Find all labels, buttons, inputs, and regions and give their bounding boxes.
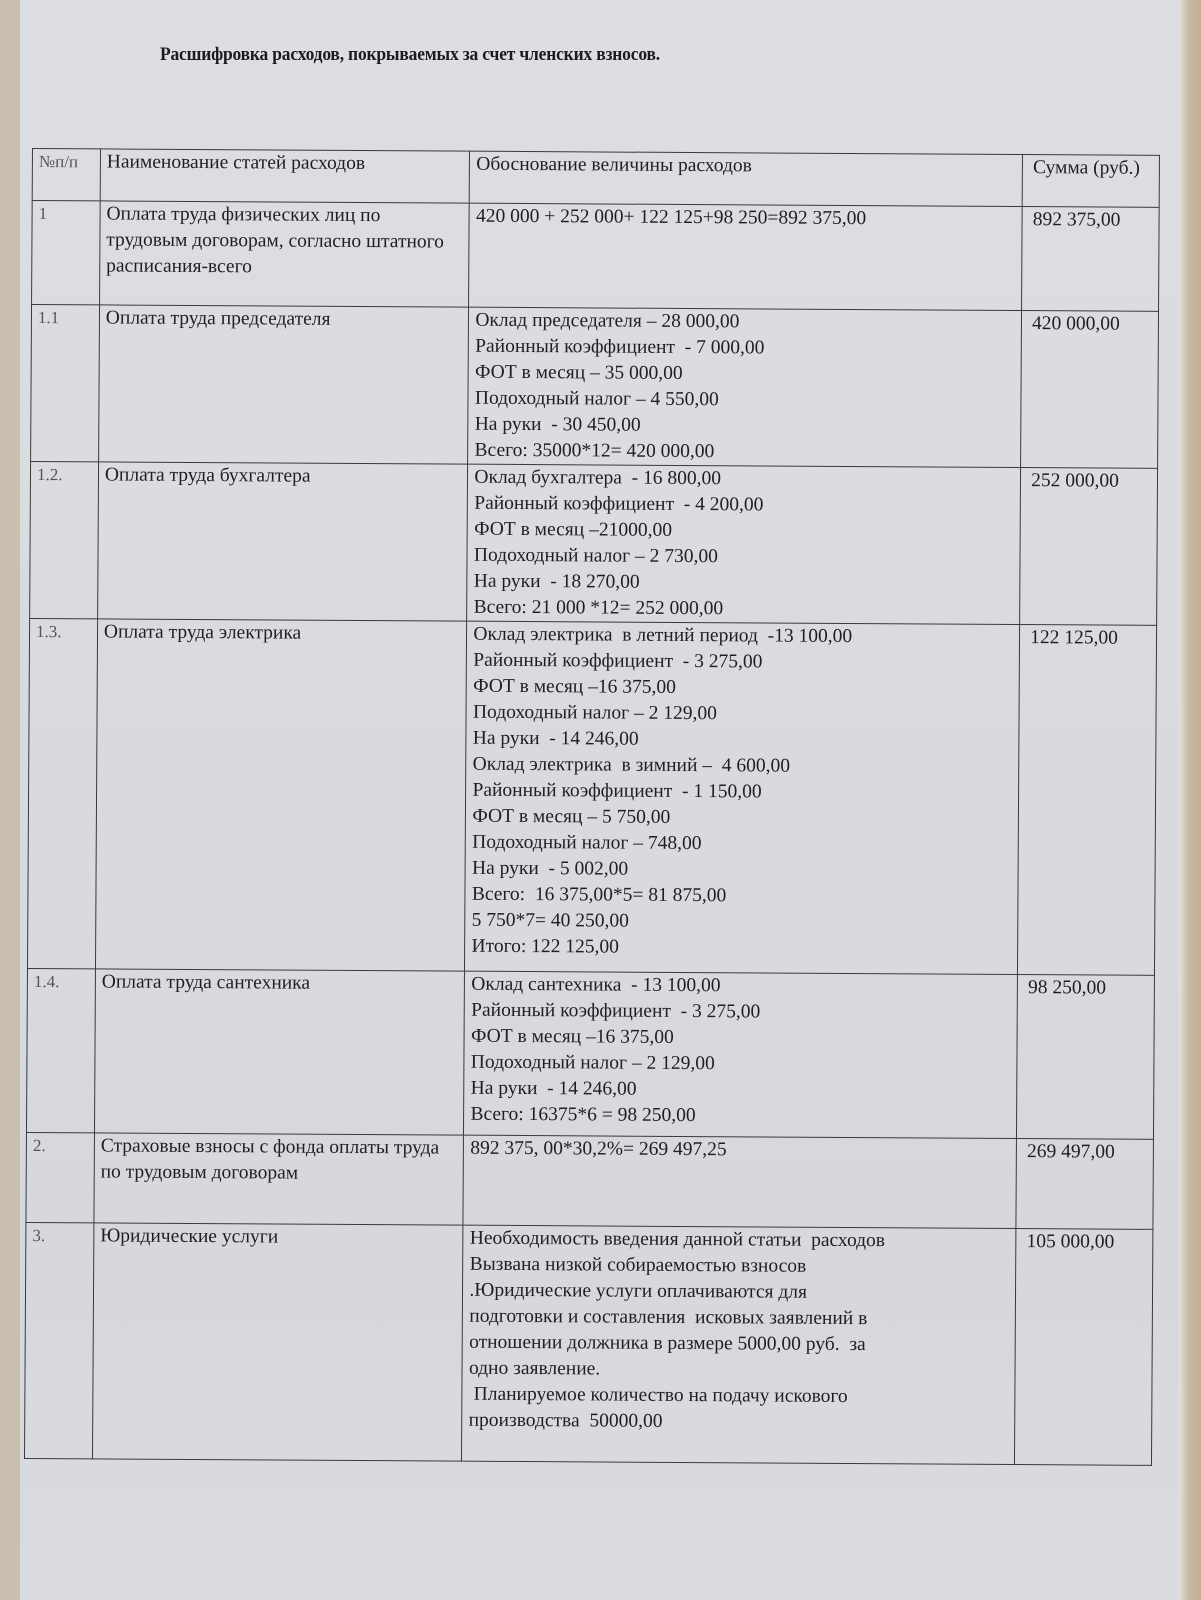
justification-line: На руки - 14 246,00: [473, 726, 1013, 755]
justification-line: Всего: 16 375,00*5= 81 875,00: [472, 882, 1012, 911]
expense-amount: 252 000,00: [1020, 468, 1158, 626]
table-surface: [1179, 0, 1201, 1600]
expense-justification: 892 375, 00*30,2%= 269 497,25: [463, 1135, 1016, 1228]
expense-justification: Оклад бухгалтера - 16 800,00Районный коэ…: [467, 464, 1021, 624]
justification-line: На руки - 30 450,00: [475, 412, 1015, 441]
expenses-table: №п/п Наименование статей расходов Обосно…: [24, 148, 1160, 1466]
justification-line: Всего: 21 000 *12= 252 000,00: [474, 595, 1014, 624]
justification-line: Оклад электрика в летний период -13 100,…: [473, 622, 1013, 651]
justification-line: 420 000 + 252 000+ 122 125+98 250=892 37…: [476, 204, 1016, 233]
justification-line: Необходимость введения данной статьи рас…: [470, 1226, 1010, 1255]
justification-line: отношении должника в размере 5000,00 руб…: [469, 1330, 1009, 1359]
justification-line: Подоходный налог – 2 129,00: [473, 700, 1013, 729]
expense-amount: 98 250,00: [1017, 975, 1155, 1140]
expense-item-name: Оплата труда электрика: [95, 619, 467, 971]
justification-line: .Юридические услуги оплачиваются для: [469, 1278, 1009, 1307]
justification-line: подготовки и составления исковых заявлен…: [469, 1304, 1009, 1333]
table-row: 2.Страховые взносы с фонда оплаты труда …: [26, 1132, 1154, 1229]
expense-amount: 105 000,00: [1015, 1229, 1153, 1466]
expense-amount: 892 375,00: [1022, 207, 1159, 312]
table-header-row: №п/п Наименование статей расходов Обосно…: [32, 149, 1159, 208]
justification-line: Всего: 35000*12= 420 000,00: [475, 438, 1015, 467]
expense-amount: 122 125,00: [1018, 625, 1157, 976]
justification-line: Подоходный налог – 4 550,00: [475, 386, 1015, 415]
justification-line: Оклад бухгалтера - 16 800,00: [474, 465, 1014, 494]
header-number: №п/п: [32, 149, 100, 201]
justification-line: Всего: 16375*6 = 98 250,00: [470, 1102, 1010, 1131]
justification-line: Районный коэффициент - 3 275,00: [471, 998, 1011, 1027]
row-number: 1.4.: [26, 968, 95, 1132]
justification-line: ФОТ в месяц –16 375,00: [473, 674, 1013, 703]
row-number: 1.3.: [27, 618, 97, 968]
justification-line: На руки - 18 270,00: [474, 569, 1014, 598]
justification-line: 892 375, 00*30,2%= 269 497,25: [470, 1136, 1010, 1165]
justification-line: ФОТ в месяц – 35 000,00: [475, 360, 1015, 389]
justification-line: Итого: 122 125,00: [471, 934, 1011, 963]
expense-item-name: Юридические услуги: [92, 1223, 463, 1461]
document-title: Расшифровка расходов, покрываемых за сче…: [160, 44, 660, 66]
justification-line: ФОТ в месяц –16 375,00: [471, 1024, 1011, 1053]
expense-justification: Оклад электрика в летний период -13 100,…: [465, 621, 1020, 974]
justification-line: Районный коэффициент - 7 000,00: [475, 334, 1015, 363]
justification-line: Районный коэффициент - 3 275,00: [473, 648, 1013, 677]
justification-line: Подоходный налог – 2 730,00: [474, 543, 1014, 572]
row-number: 3.: [24, 1222, 93, 1458]
justification-line: Вызвана низкой собираемостью взносов: [470, 1252, 1010, 1281]
expense-item-name: Оплата труда бухгалтера: [97, 462, 467, 621]
row-number: 1.1: [31, 305, 100, 462]
justification-line: Подоходный налог – 748,00: [472, 830, 1012, 859]
justification-line: 5 750*7= 40 250,00: [472, 908, 1012, 937]
justification-line: Подоходный налог – 2 129,00: [471, 1050, 1011, 1079]
expense-item-name: Страховые взносы с фонда оплаты труда по…: [94, 1133, 464, 1225]
row-number: 1: [32, 201, 101, 305]
justification-line: На руки - 14 246,00: [471, 1076, 1011, 1105]
expense-justification: Оклад председателя – 28 000,00Районный к…: [468, 307, 1022, 467]
justification-line: Районный коэффициент - 4 200,00: [474, 491, 1014, 520]
header-amount: Сумма (руб.): [1022, 155, 1159, 208]
expense-item-name: Оплата труда сантехника: [94, 969, 465, 1135]
table-row: 1.4.Оплата труда сантехникаОклад сантехн…: [26, 968, 1154, 1139]
justification-line: ФОТ в месяц –21000,00: [474, 517, 1014, 546]
justification-line: Районный коэффициент - 1 150,00: [472, 778, 1012, 807]
header-item-name: Наименование статей расходов: [100, 149, 470, 203]
row-number: 1.2.: [30, 461, 99, 618]
header-justification: Обоснование величины расходов: [470, 151, 1023, 206]
expense-justification: Оклад сантехника - 13 100,00Районный коэ…: [464, 971, 1018, 1138]
justification-line: Планируемое количество на подачу исковог…: [469, 1382, 1009, 1411]
row-number: 2.: [26, 1132, 94, 1222]
table-row: 3.Юридические услугиНеобходимость введен…: [24, 1222, 1152, 1465]
justification-line: производства 50000,00: [469, 1408, 1009, 1437]
expense-item-name: Оплата труда председателя: [98, 305, 468, 464]
justification-line: На руки - 5 002,00: [472, 856, 1012, 885]
justification-line: одно заявление.: [469, 1356, 1009, 1385]
expense-amount: 269 497,00: [1016, 1139, 1153, 1230]
justification-line: Оклад электрика в зимний – 4 600,00: [473, 752, 1013, 781]
justification-line: ФОТ в месяц – 5 750,00: [472, 804, 1012, 833]
table-row: 1.3.Оплата труда электрикаОклад электрик…: [27, 618, 1156, 975]
table-row: 1Оплата труда физических лиц по трудовым…: [32, 201, 1160, 312]
table-row: 1.2.Оплата труда бухгалтераОклад бухгалт…: [30, 461, 1158, 625]
justification-line: Оклад сантехника - 13 100,00: [471, 972, 1011, 1001]
table-row: 1.1Оплата труда председателяОклад предсе…: [31, 305, 1159, 469]
expense-justification: 420 000 + 252 000+ 122 125+98 250=892 37…: [469, 203, 1022, 310]
expense-item-name: Оплата труда физических лиц по трудовым …: [99, 201, 469, 307]
justification-line: Оклад председателя – 28 000,00: [475, 308, 1015, 337]
expense-amount: 420 000,00: [1021, 311, 1159, 469]
expense-justification: Необходимость введения данной статьи рас…: [462, 1225, 1016, 1464]
